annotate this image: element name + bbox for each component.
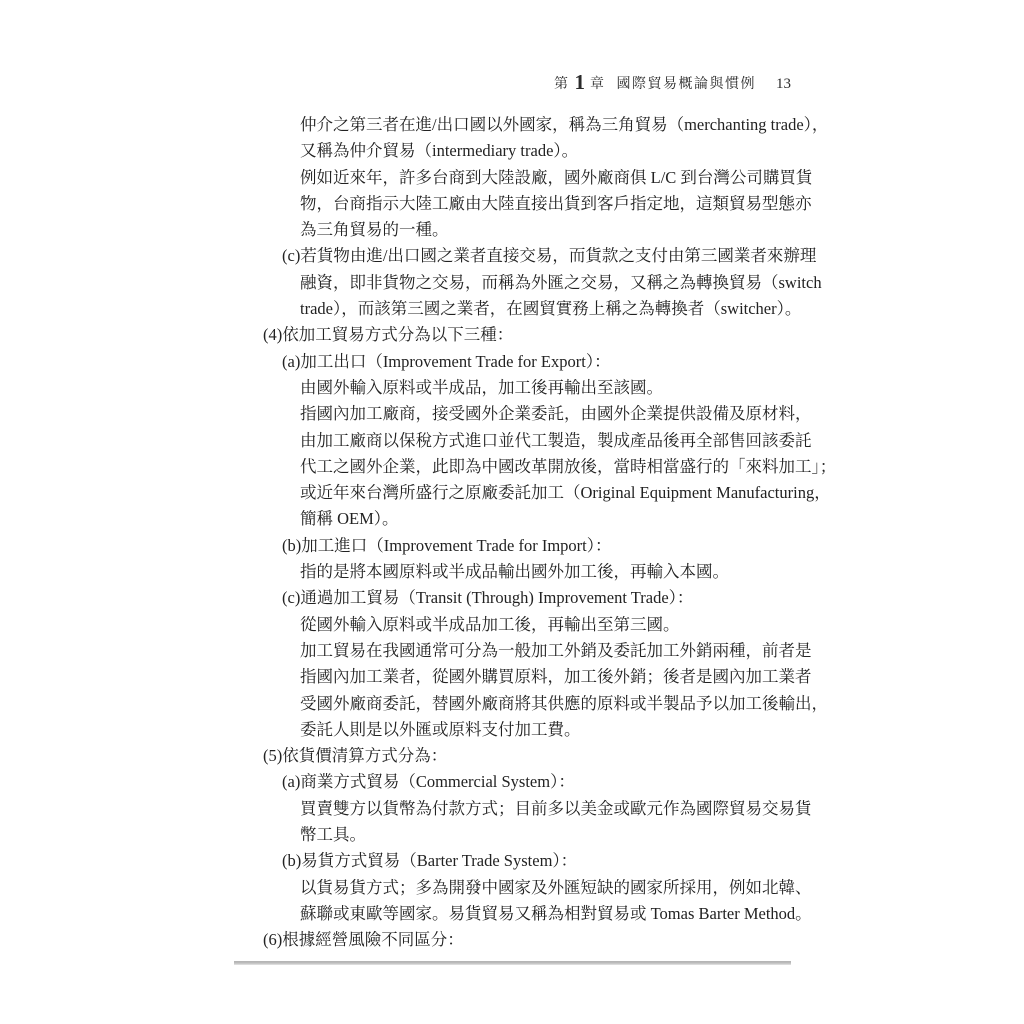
text-line: (6)根據經營風險不同區分： — [234, 927, 794, 953]
page-header: 第1章國際貿易概論與慣例13 — [234, 71, 791, 96]
text-line: 蘇聯或東歐等國家。易貨貿易又稱為相對貿易或 Tomas Barter Metho… — [234, 901, 794, 927]
text-line: (c)通過加工貿易（Transit (Through) Improvement … — [234, 585, 794, 611]
text-line: 為三角貿易的一種。 — [234, 217, 794, 243]
chapter-number: 1 — [575, 70, 586, 94]
text-line: 指國內加工業者，從國外購買原料，加工後外銷；後者是國內加工業者 — [234, 664, 794, 690]
chapter-unit: 章 — [590, 77, 606, 92]
text-line: 買賣雙方以貨幣為付款方式；目前多以美金或歐元作為國際貿易交易貨 — [234, 796, 794, 822]
text-line: 或近年來台灣所盛行之原廠委託加工（Original Equipment Manu… — [234, 480, 794, 506]
text-line: 幣工具。 — [234, 822, 794, 848]
text-line: 簡稱 OEM）。 — [234, 506, 794, 532]
text-line: 融資，即非貨物之交易，而稱為外匯之交易，又稱之為轉換貿易（switch — [234, 270, 794, 296]
text-line: 代工之國外企業，此即為中國改革開放後，當時相當盛行的「來料加工」； — [234, 454, 794, 480]
text-line: 加工貿易在我國通常可分為一般加工外銷及委託加工外銷兩種，前者是 — [234, 638, 794, 664]
text-line: 例如近來年，許多台商到大陸設廠，國外廠商俱 L/C 到台灣公司購買貨 — [234, 165, 794, 191]
text-line: 仲介之第三者在進/出口國以外國家，稱為三角貿易（merchanting trad… — [234, 112, 794, 138]
text-line: (4)依加工貿易方式分為以下三種： — [234, 322, 794, 348]
text-line: (a)商業方式貿易（Commercial System）： — [234, 769, 794, 795]
text-line: 由國外輸入原料或半成品，加工後再輸出至該國。 — [234, 375, 794, 401]
text-line: (b)加工進口（Improvement Trade for Import）： — [234, 533, 794, 559]
book-page: 第1章國際貿易概論與慣例13 仲介之第三者在進/出口國以外國家，稱為三角貿易（m… — [0, 0, 1024, 1024]
text-line: trade），而該第三國之業者，在國貿實務上稱之為轉換者（switcher）。 — [234, 296, 794, 322]
text-line: 以貨易貨方式；多為開發中國家及外匯短缺的國家所採用，例如北韓、 — [234, 875, 794, 901]
text-line: 由加工廠商以保稅方式進口並代工製造，製成產品後再全部售回該委託 — [234, 428, 794, 454]
text-line: 又稱為仲介貿易（intermediary trade）。 — [234, 138, 794, 164]
chapter-title: 國際貿易概論與慣例 — [617, 77, 757, 92]
text-line: 指的是將本國原料或半成品輸出國外加工後，再輸入本國。 — [234, 559, 794, 585]
text-line: 從國外輸入原料或半成品加工後，再輸出至第三國。 — [234, 612, 794, 638]
text-line: (b)易貨方式貿易（Barter Trade System）： — [234, 848, 794, 874]
text-line: 委託人則是以外匯或原料支付加工費。 — [234, 717, 794, 743]
text-line: (a)加工出口（Improvement Trade for Export）： — [234, 349, 794, 375]
page-number: 13 — [776, 76, 791, 92]
chapter-prefix: 第 — [554, 77, 570, 92]
footer-rule — [234, 961, 791, 965]
text-line: 物，台商指示大陸工廠由大陸直接出貨到客戶指定地，這類貿易型態亦 — [234, 191, 794, 217]
text-line: 受國外廠商委託，替國外廠商將其供應的原料或半製品予以加工後輸出， — [234, 691, 794, 717]
text-body: 仲介之第三者在進/出口國以外國家，稱為三角貿易（merchanting trad… — [234, 112, 794, 954]
text-line: (c)若貨物由進/出口國之業者直接交易，而貨款之支付由第三國業者來辦理 — [234, 243, 794, 269]
text-line: (5)依貨價清算方式分為： — [234, 743, 794, 769]
text-line: 指國內加工廠商，接受國外企業委託，由國外企業提供設備及原材料， — [234, 401, 794, 427]
